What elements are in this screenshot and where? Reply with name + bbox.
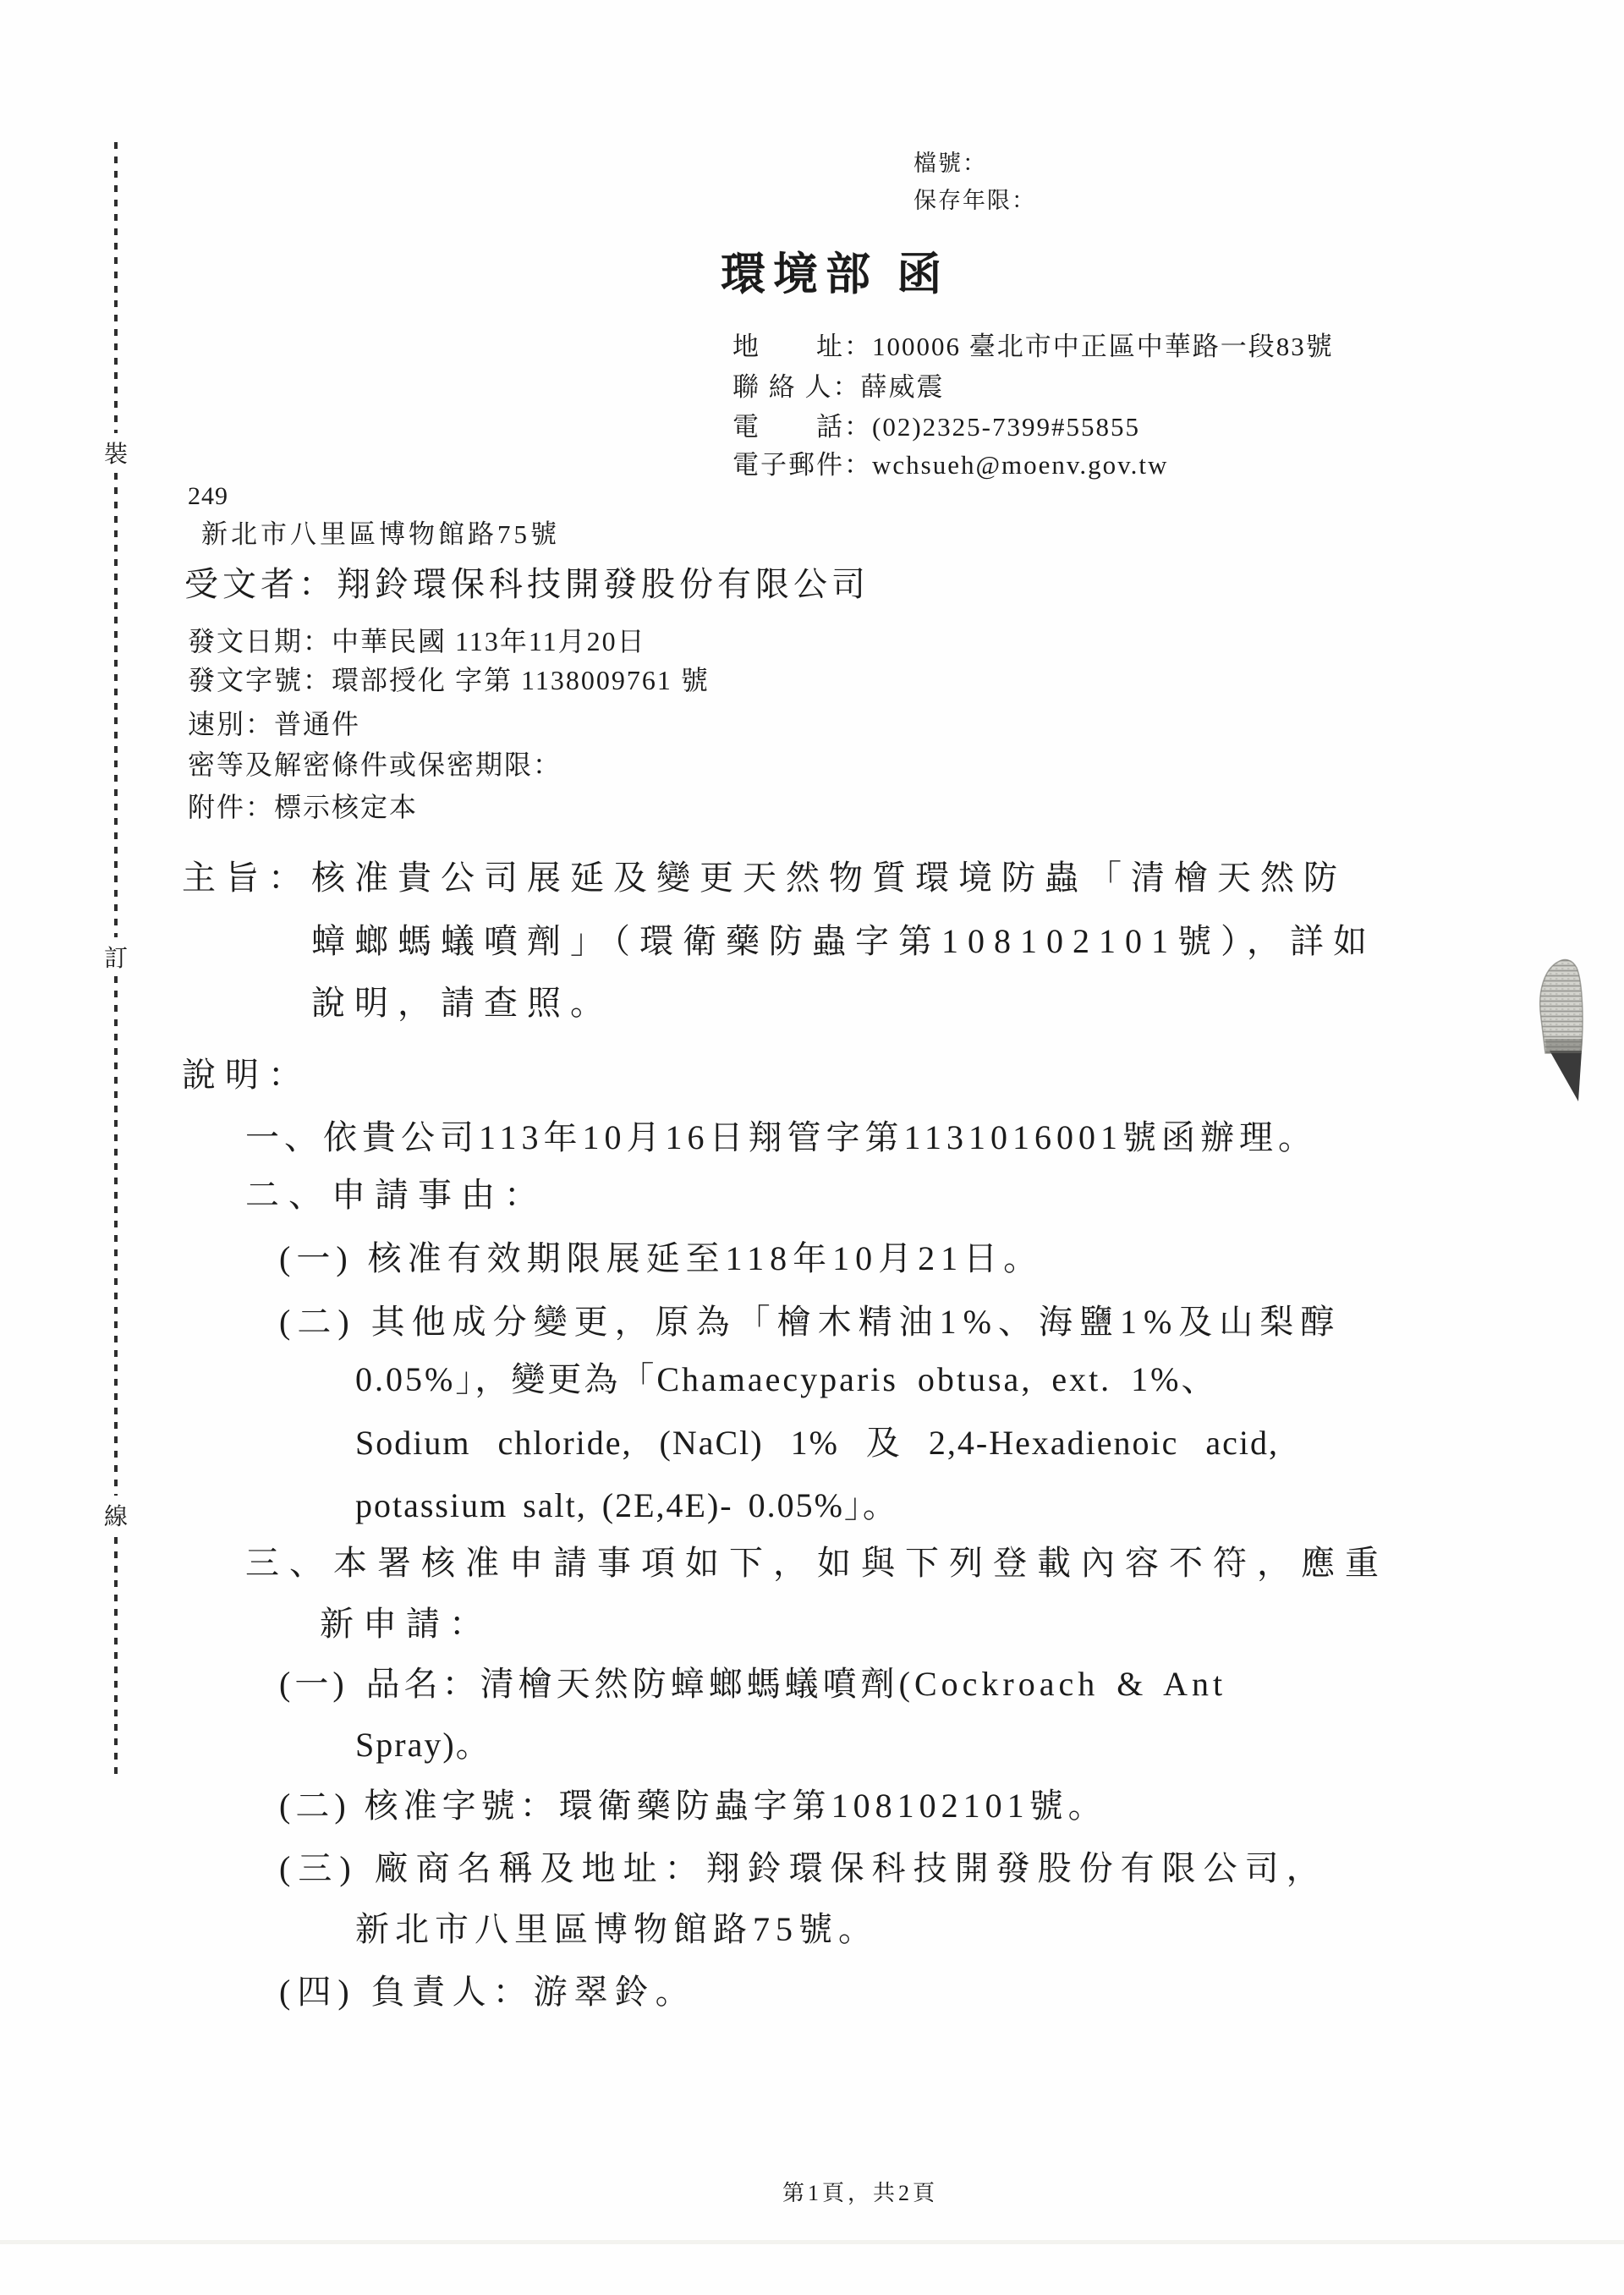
attachment-line: 附件：標示核定本 <box>188 792 418 823</box>
scanned-official-letter-page: 裝 訂 線 檔號： 保存年限： 環境部 函 地 址：100006 臺北市中正區中… <box>0 0 1624 2295</box>
document-title: 環境部 函 <box>721 250 949 301</box>
agency-phone-line: 電 話：(02)2325-7399#55855 <box>732 412 1140 442</box>
body-line: 一、依貴公司113年10月16日翔管字第1131016001號函辦理。 <box>245 1118 1317 1157</box>
subject-line: 蟑螂螞蟻噴劑」（環衛藥防蟲字第108102101號），詳如 <box>311 922 1376 961</box>
binding-mark-xian: 線 <box>95 1496 137 1535</box>
speed-class-line: 速別：普通件 <box>188 709 360 740</box>
security-class-line: 密等及解密條件或保密期限： <box>188 749 562 781</box>
body-line: potassium salt, (2E,4E)- 0.05%」。 <box>355 1486 898 1525</box>
body-line: Sodium chloride, (NaCl) 1% 及 2,4-Hexadie… <box>355 1424 1279 1463</box>
body-line: (三) 廠商名稱及地址：翔鈴環保科技開發股份有限公司， <box>279 1849 1328 1888</box>
issue-date-line: 發文日期：中華民國 113年11月20日 <box>188 626 646 657</box>
explanation-heading: 說明： <box>182 1056 311 1095</box>
body-line: 0.05%」，變更為「Chamaecyparis obtusa, ext. 1%… <box>355 1360 1218 1399</box>
binding-mark-ding: 訂 <box>95 937 137 976</box>
body-line: (一) 品名：清檜天然防蟑螂螞蟻噴劑(Cockroach & Ant <box>279 1665 1226 1704</box>
body-line: 新申請： <box>320 1605 492 1644</box>
body-line: 二、申請事由： <box>245 1176 547 1215</box>
ink-stamp-fragment <box>1535 958 1588 1106</box>
body-line: Spray)。 <box>355 1726 491 1765</box>
body-line: 新北市八里區博物館路75號。 <box>355 1910 878 1949</box>
agency-address-line: 地 址：100006 臺北市中正區中華路一段83號 <box>732 332 1334 362</box>
issue-number-line: 發文字號：環部授化 字第 1138009761 號 <box>188 665 710 696</box>
body-line: 三、本署核准申請事項如下，如與下列登載內容不符，應重 <box>245 1544 1389 1583</box>
file-number-label: 檔號： <box>913 151 987 177</box>
page-number-footer: 第1頁，共2頁 <box>782 2181 938 2206</box>
scan-artifact-line <box>0 2240 1624 2244</box>
recipient-code: 249 <box>188 482 228 512</box>
binding-mark-zhuang: 裝 <box>95 433 137 472</box>
agency-contact-person-line: 聯 絡 人：薛威震 <box>732 372 945 403</box>
body-line: (四) 負責人：游翠鈴。 <box>279 1973 696 2012</box>
subject-line: 主旨：核准貴公司展延及變更天然物質環境防蟲「清檜天然防 <box>182 859 1347 898</box>
recipient-line: 受文者：翔鈴環保科技開發股份有限公司 <box>184 565 870 604</box>
body-line: (一) 核准有效期限展延至118年10月21日。 <box>279 1239 1043 1278</box>
body-line: (二) 核准字號：環衛藥防蟲字第108102101號。 <box>279 1787 1107 1826</box>
retention-period-label: 保存年限： <box>913 188 1036 214</box>
recipient-address: 新北市八里區博物館路75號 <box>201 519 560 550</box>
agency-email-line: 電子郵件：wchsueh@moenv.gov.tw <box>732 450 1168 480</box>
body-line: (二) 其他成分變更，原為「檜木精油1%、海鹽1%及山梨醇 <box>279 1303 1341 1342</box>
subject-line: 說明，請查照。 <box>311 984 613 1023</box>
